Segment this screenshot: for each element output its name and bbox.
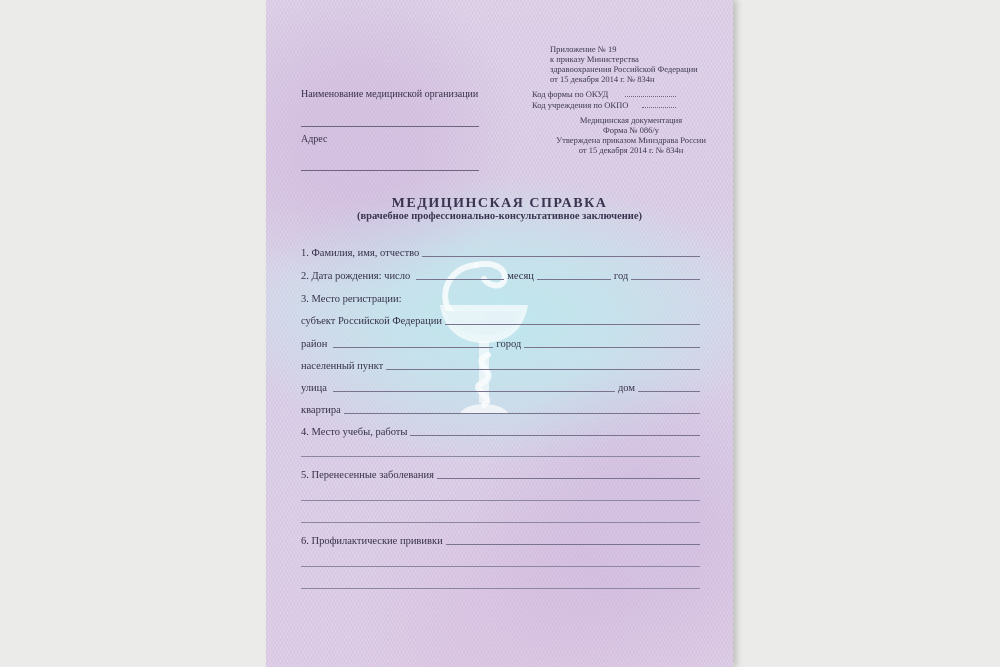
district-input-line[interactable] (333, 347, 493, 348)
org-name-label: Наименование медицинской организации (301, 89, 478, 100)
vaccinations-input-line-3[interactable] (301, 588, 700, 589)
birth-year-input-line[interactable] (631, 279, 700, 280)
vaccinations-label: 6. Профилактические прививки (301, 536, 443, 547)
doc-type: Медицинская документация (536, 115, 726, 125)
birth-date-field[interactable]: 2. Дата рождения: число месяц год (301, 268, 700, 282)
apartment-field[interactable]: квартира (301, 402, 700, 416)
house-label: дом (618, 383, 635, 394)
medical-certificate-page: Приложение № 19 к приказу Министерства з… (266, 0, 733, 667)
diseases-field[interactable]: 5. Перенесенные заболевания (301, 467, 700, 481)
diseases-input-line-2[interactable] (301, 500, 700, 501)
document-title: МЕДИЦИНСКАЯ СПРАВКА (266, 196, 733, 212)
appendix-line: здравоохранения Российской Федерации (550, 64, 698, 74)
vaccinations-field[interactable]: 6. Профилактические прививки (301, 533, 700, 547)
apartment-label: квартира (301, 405, 341, 416)
okpo-label: Код учреждения по ОКПО (532, 100, 628, 110)
approval-text: Утверждена приказом Минздрава России (536, 135, 726, 145)
diseases-label: 5. Перенесенные заболевания (301, 470, 434, 481)
apartment-input-line[interactable] (344, 413, 700, 414)
district-city-field[interactable]: район город (301, 336, 700, 350)
subject-field[interactable]: субъект Российской Федерации (301, 313, 700, 327)
address-input-line[interactable] (301, 170, 479, 171)
okud-input-line[interactable] (625, 96, 676, 97)
study-work-input-line[interactable] (410, 435, 700, 436)
appendix-line: от 15 декабря 2014 г. № 834н (550, 74, 698, 84)
org-name-input-line[interactable] (301, 126, 479, 127)
birth-year-label: год (614, 271, 628, 282)
diseases-input-line-3[interactable] (301, 522, 700, 523)
locality-label: населенный пункт (301, 361, 383, 372)
locality-field[interactable]: населенный пункт (301, 358, 700, 372)
district-label: район (301, 339, 327, 350)
birth-month-input-line[interactable] (537, 279, 611, 280)
appendix-line: к приказу Министерства (550, 54, 698, 64)
appendix-note: Приложение № 19 к приказу Министерства з… (550, 44, 698, 84)
birth-day-input-line[interactable] (416, 279, 504, 280)
document-subtitle: (врачебное профессионально-консультативн… (266, 211, 733, 222)
diseases-input-line[interactable] (437, 478, 700, 479)
city-label: город (496, 339, 521, 350)
okpo-input-line[interactable] (642, 107, 676, 108)
approval-date: от 15 декабря 2014 г. № 834н (536, 145, 726, 155)
full-name-field[interactable]: 1. Фамилия, имя, отчество (301, 245, 700, 259)
locality-input-line[interactable] (386, 369, 700, 370)
street-input-line[interactable] (333, 391, 615, 392)
street-house-field[interactable]: улица дом (301, 380, 700, 394)
appendix-line: Приложение № 19 (550, 44, 698, 54)
city-input-line[interactable] (524, 347, 700, 348)
okud-label: Код формы по ОКУД (532, 89, 608, 99)
birth-day-label: 2. Дата рождения: число (301, 271, 410, 282)
form-approval-block: Медицинская документация Форма № 086/у У… (536, 115, 726, 155)
registration-label: 3. Место регистрации: (301, 294, 402, 305)
registration-heading: 3. Место регистрации: (301, 291, 700, 305)
form-number: Форма № 086/у (536, 125, 726, 135)
vaccinations-input-line[interactable] (446, 544, 700, 545)
house-input-line[interactable] (638, 391, 700, 392)
address-label: Адрес (301, 134, 327, 145)
study-work-input-line-2[interactable] (301, 456, 700, 457)
subject-label: субъект Российской Федерации (301, 316, 442, 327)
full-name-input-line[interactable] (422, 256, 700, 257)
study-work-field[interactable]: 4. Место учебы, работы (301, 424, 700, 438)
subject-input-line[interactable] (445, 324, 700, 325)
okud-field[interactable]: Код формы по ОКУД (532, 89, 682, 99)
okpo-field[interactable]: Код учреждения по ОКПО (532, 100, 682, 110)
birth-month-label: месяц (507, 271, 534, 282)
study-work-label: 4. Место учебы, работы (301, 427, 407, 438)
full-name-label: 1. Фамилия, имя, отчество (301, 248, 419, 259)
vaccinations-input-line-2[interactable] (301, 566, 700, 567)
street-label: улица (301, 383, 327, 394)
